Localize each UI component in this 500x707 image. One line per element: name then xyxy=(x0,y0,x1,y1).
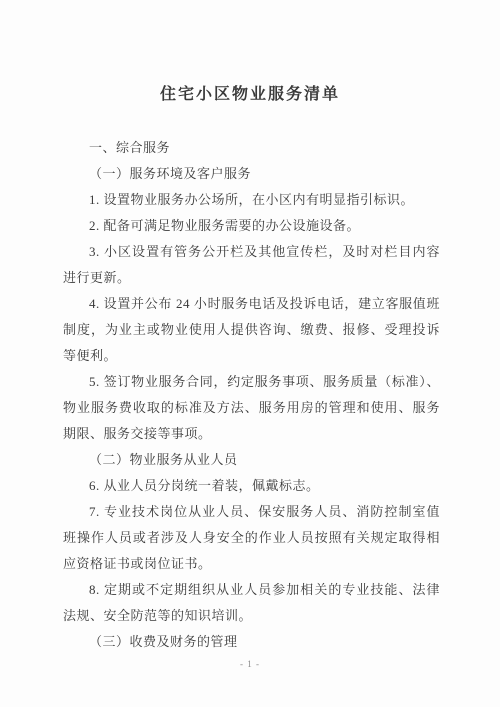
section-heading: 一、综合服务 xyxy=(63,135,440,161)
document-body: 一、综合服务 （一）服务环境及客户服务 1. 设置物业服务办公场所，在小区内有明… xyxy=(63,135,440,655)
paragraph: 1. 设置物业服务办公场所，在小区内有明显指引标识。 xyxy=(63,187,440,213)
paragraph: 6. 从业人员分岗统一着装，佩戴标志。 xyxy=(63,473,440,499)
paragraph: 3. 小区设置有管务公开栏及其他宣传栏，及时对栏目内容进行更新。 xyxy=(63,239,440,291)
paragraph: 2. 配备可满足物业服务需要的办公设施设备。 xyxy=(63,213,440,239)
paragraph: 4. 设置并公布 24 小时服务电话及投诉电话，建立客服值班制度，为业主或物业使… xyxy=(63,291,440,369)
document-page: 住宅小区物业服务清单 一、综合服务 （一）服务环境及客户服务 1. 设置物业服务… xyxy=(0,0,500,707)
subsection-heading: （三）收费及财务的管理 xyxy=(63,629,440,655)
document-title: 住宅小区物业服务清单 xyxy=(0,0,500,104)
paragraph: 5. 签订物业服务合同，约定服务事项、服务质量（标准）、物业服务费收取的标准及方… xyxy=(63,369,440,447)
page-number: - 1 - xyxy=(0,659,500,669)
paragraph: 7. 专业技术岗位从业人员、保安服务人员、消防控制室值班操作人员或者涉及人身安全… xyxy=(63,499,440,577)
subsection-heading: （一）服务环境及客户服务 xyxy=(63,161,440,187)
paragraph: 8. 定期或不定期组织从业人员参加相关的专业技能、法律法规、安全防范等的知识培训… xyxy=(63,577,440,629)
subsection-heading: （二）物业服务从业人员 xyxy=(63,447,440,473)
